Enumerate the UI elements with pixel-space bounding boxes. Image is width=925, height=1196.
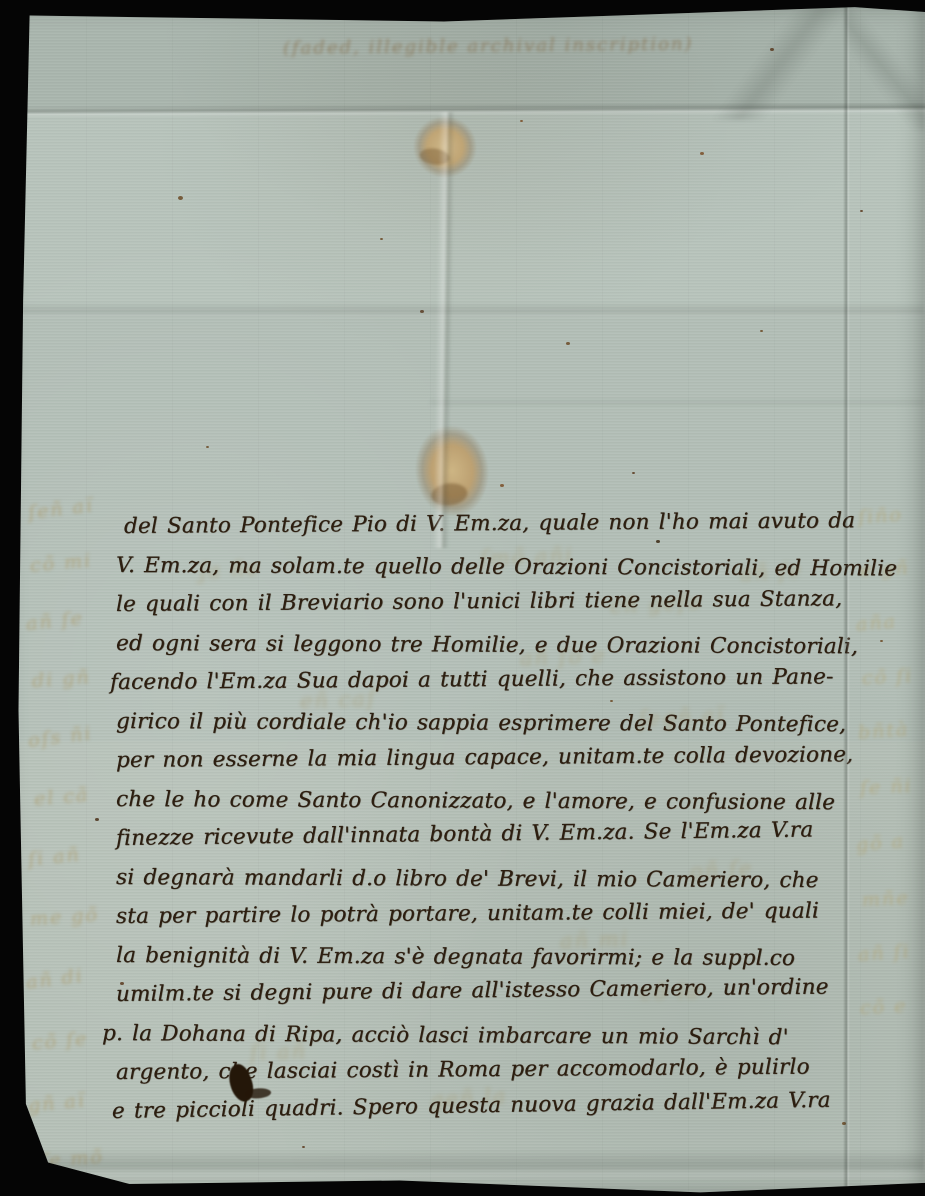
bleed-through-text: bñtà xyxy=(857,718,910,744)
seal-stain-lower xyxy=(410,421,493,520)
bleed-through-text: me gõ xyxy=(29,904,99,931)
fold-crease-diagonal xyxy=(845,0,925,130)
foxing-speck xyxy=(178,196,183,200)
bleed-through-text: el cã xyxy=(33,784,90,811)
manuscript-line: sta per partire lo potrà portare, unitam… xyxy=(116,898,862,943)
bleed-through-text: gñ aï xyxy=(27,1089,87,1117)
bleed-through-text: añ ſi xyxy=(857,940,911,966)
manuscript-line: per non esserne la mia lingua capace, un… xyxy=(116,742,862,787)
letter-text: del Santo Pontefice Pio di V. Em.za, qua… xyxy=(116,514,862,1138)
fold-crease-diagonal xyxy=(690,0,865,120)
foxing-speck xyxy=(770,48,774,51)
foxing-speck xyxy=(760,330,763,332)
foxing-speck xyxy=(700,152,704,155)
manuscript-line: umilm.te si degni pure di dare all'istes… xyxy=(116,974,862,1021)
bleed-through-text: cõ ſe xyxy=(31,1028,89,1055)
bleed-through-text: gõ a xyxy=(855,830,906,856)
manuscript-line: del Santo Pontefice Pio di V. Em.za, qua… xyxy=(124,508,862,553)
foxing-speck xyxy=(880,640,883,642)
letter-paper: (faded, illegible archival inscription) … xyxy=(0,0,925,1196)
bleed-through-text: cõ e xyxy=(859,995,907,1019)
foxing-speck xyxy=(302,1146,305,1148)
fold-crease-middle xyxy=(0,303,925,319)
bleed-through-text: ſe mõ xyxy=(39,1146,104,1172)
wrinkle-center xyxy=(433,112,455,548)
bleed-through-text: di gñ xyxy=(31,666,91,692)
bleed-through-text: ſe ñi xyxy=(859,775,913,800)
foxing-speck xyxy=(95,818,99,821)
bleed-through-text: cõ ſi xyxy=(861,665,913,690)
bleed-through-text: cõ mi xyxy=(29,549,93,576)
manuscript-line: facendo l'Em.za Sua dapoi a tutti quelli… xyxy=(110,664,862,709)
foxing-speck xyxy=(500,484,504,487)
foxing-speck xyxy=(520,120,523,122)
seal-stain-upper xyxy=(409,112,481,182)
foxing-speck xyxy=(206,446,209,448)
bleed-through-text: ſeñ aï xyxy=(27,494,95,524)
fold-crease-faint xyxy=(430,398,925,410)
bleed-through-text: añ ſe xyxy=(25,607,85,635)
foxing-speck xyxy=(380,238,383,240)
fold-crease-bottom xyxy=(0,1150,925,1180)
foxing-speck xyxy=(566,342,570,345)
fold-crease-top xyxy=(0,102,925,118)
foxing-speck xyxy=(860,210,863,212)
manuscript-line: finezze ricevute dall'innata bontà di V.… xyxy=(116,817,862,865)
faded-inscription: (faded, illegible archival inscription) xyxy=(283,34,623,59)
bleed-through-text: añ di xyxy=(25,965,85,994)
bleed-through-text: ſi añ xyxy=(27,843,82,870)
foxing-speck xyxy=(420,310,424,313)
bleed-through-text: mñe xyxy=(861,887,910,911)
scanned-letter: (faded, illegible archival inscription) … xyxy=(0,0,925,1196)
bleed-through-text: ſiño xyxy=(857,503,903,528)
foxing-speck xyxy=(632,472,635,474)
bleed-through-text: oſs ñi xyxy=(27,722,94,752)
manuscript-line: le quali con il Breviario sono l'unici l… xyxy=(116,586,862,631)
